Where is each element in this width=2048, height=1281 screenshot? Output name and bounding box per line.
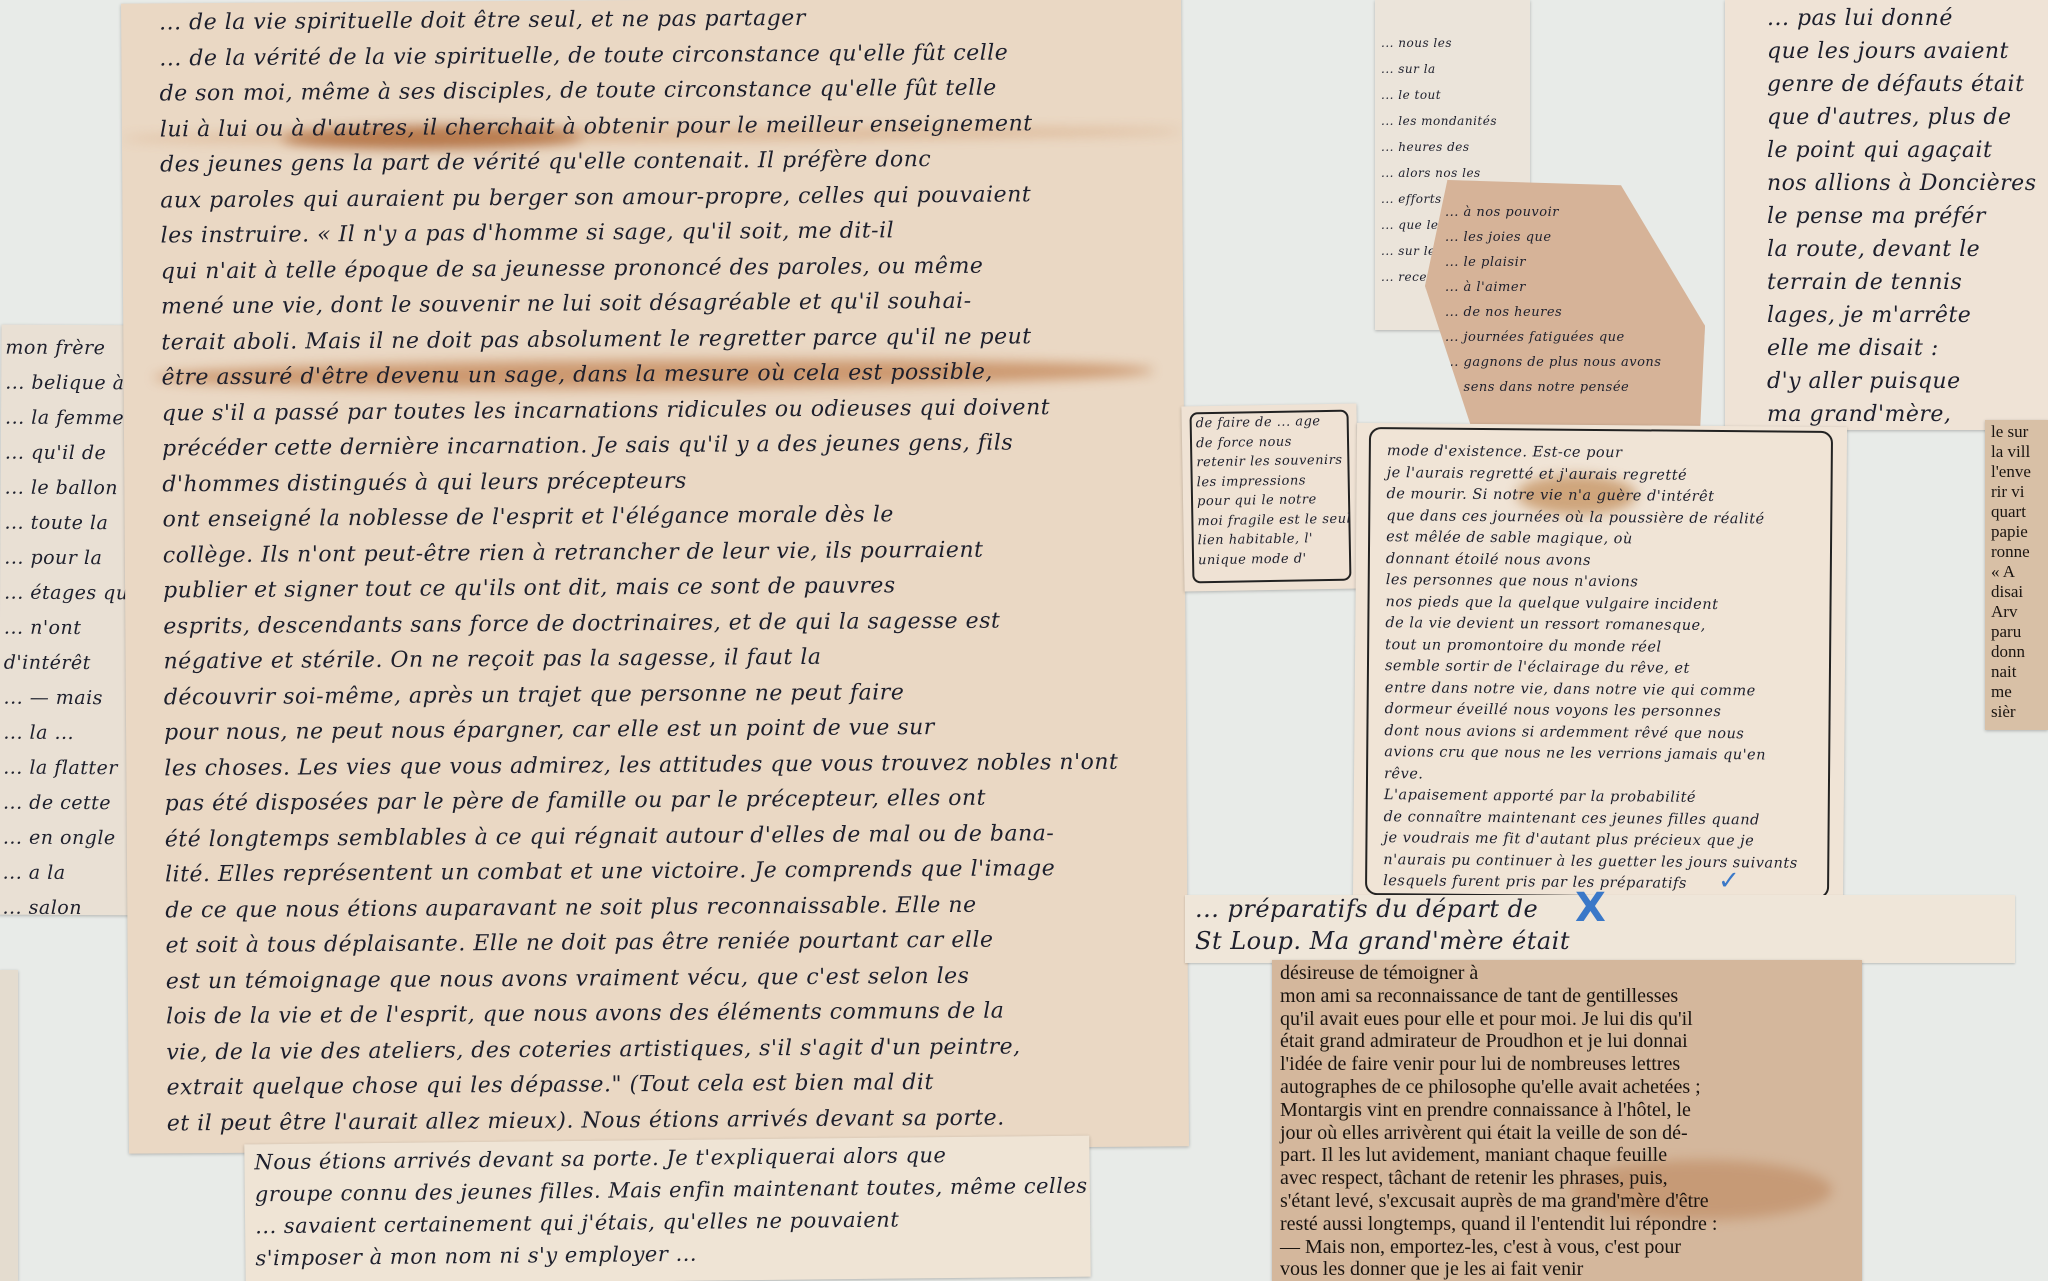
text-line: ... journées fatiguées que xyxy=(1445,325,1661,350)
text-line: nos allions à Doncières xyxy=(1767,167,2036,200)
text-line: mon ami sa reconnaissance de tant de gen… xyxy=(1280,985,1840,1008)
torn-fragment: ... à nos pouvoir... les joies que... le… xyxy=(1425,180,1705,445)
text-line: resté aussi longtemps, quand il l'entend… xyxy=(1280,1213,1840,1236)
text-line: ... les mondanités xyxy=(1381,108,1497,134)
text-line: dormeur éveillé nous voyons les personne… xyxy=(1385,699,1800,724)
text-line: le pense ma préfér xyxy=(1767,200,2036,233)
text-line: me xyxy=(1991,682,2031,702)
bottom-strip-text: Nous étions arrivés devant sa porte. Je … xyxy=(254,1138,1088,1275)
text-line: L'apaisement apporté par la probabilité xyxy=(1384,785,1799,810)
text-line: donn xyxy=(1991,642,2031,662)
text-line: terrain de tennis xyxy=(1767,266,2036,299)
text-line: mode d'existence. Est-ce pour xyxy=(1387,441,1802,466)
text-line: St Loup. Ma grand'mère était xyxy=(1195,925,1570,957)
text-line: avec respect, tâchant de retenir les phr… xyxy=(1280,1167,1840,1190)
text-line: s'étant levé, s'excusait auprès de ma gr… xyxy=(1280,1190,1840,1213)
text-line: paru xyxy=(1991,622,2031,642)
text-line: la route, devant le xyxy=(1767,233,2036,266)
text-line: les choses. Les vies que vous admirez, l… xyxy=(164,744,1174,787)
text-line: jour où elles arrivèrent qui était la ve… xyxy=(1280,1122,1840,1145)
text-line: pour qui le notre xyxy=(1197,490,1351,512)
left-bottom-scrap xyxy=(0,970,18,1281)
printed-clipping-text: désireuse de témoigner àmon ami sa recon… xyxy=(1280,962,1840,1281)
text-line: ... gagnons de plus nous avons xyxy=(1445,350,1661,375)
middle-strip-text: ... préparatifs du départ deSt Loup. Ma … xyxy=(1195,893,1570,957)
text-line: quart xyxy=(1991,502,2031,522)
text-line: ... préparatifs du départ de xyxy=(1195,893,1570,925)
bottom-manuscript-strip: Nous étions arrivés devant sa porte. Je … xyxy=(244,1136,1090,1281)
right-printed-column: le surla villl'enverir viquartpapieronne… xyxy=(1985,420,2048,730)
text-line: ... de nos heures xyxy=(1445,300,1661,325)
text-line: ... les joies que xyxy=(1445,225,1661,250)
text-line: que les jours avaient xyxy=(1767,35,2036,68)
text-line: le point qui agaçait xyxy=(1767,134,2036,167)
torn-fragment-text: ... à nos pouvoir... les joies que... le… xyxy=(1445,200,1661,400)
text-line: lages, je m'arrête xyxy=(1767,299,2036,332)
small-note: de faire de ... agede force nousretenir … xyxy=(1181,403,1359,591)
printed-clipping: désireuse de témoigner àmon ami sa recon… xyxy=(1272,960,1862,1281)
text-line: que d'autres, plus de xyxy=(1767,101,2036,134)
text-line: ... heures des xyxy=(1381,134,1497,160)
text-line: Montargis vint en prendre connaissance à… xyxy=(1280,1099,1840,1122)
text-line: ... le tout xyxy=(1381,82,1497,108)
text-line: ... sens dans notre pensée xyxy=(1445,375,1661,400)
text-line: rir vi xyxy=(1991,482,2031,502)
text-line: nait xyxy=(1991,662,2031,682)
blue-check-mark: ✓ xyxy=(1718,866,1740,896)
text-line: sièr xyxy=(1991,702,2031,722)
text-line: les personnes que nous n'avions xyxy=(1386,570,1801,595)
text-line: terait aboli. Mais il ne doit pas absolu… xyxy=(161,318,1171,361)
text-line: ... sur la xyxy=(1381,56,1497,82)
text-line: qu'il avait eues pour elle et pour moi. … xyxy=(1280,1008,1840,1031)
text-line: était grand admirateur de Proudhon et je… xyxy=(1280,1030,1840,1053)
text-line: est mêlée de sable magique, où xyxy=(1386,527,1801,552)
middle-strip: ... préparatifs du départ deSt Loup. Ma … xyxy=(1185,895,2015,963)
text-line: de faire de ... age xyxy=(1196,412,1350,434)
text-line: — Mais non, emportez-les, c'est à vous, … xyxy=(1280,1236,1840,1259)
text-line: ... à l'aimer xyxy=(1445,275,1661,300)
small-note-text: de faire de ... agede force nousretenir … xyxy=(1196,412,1352,571)
text-line: elle me disait : xyxy=(1767,332,2036,365)
large-note: mode d'existence. Est-ce pourje l'aurais… xyxy=(1353,423,1847,907)
text-line: autographes de ce philosophe qu'elle ava… xyxy=(1280,1076,1840,1099)
top-right-sheet-text: ... pas lui donnéque les jours avaientge… xyxy=(1767,2,2036,430)
text-line: aux paroles qui auraient pu berger son a… xyxy=(160,176,1170,219)
text-line: lien habitable, l' xyxy=(1198,529,1352,551)
large-note-text: mode d'existence. Est-ce pourje l'aurais… xyxy=(1383,441,1801,896)
text-line: la vill xyxy=(1991,442,2031,462)
text-line: le sur xyxy=(1991,422,2031,442)
text-line: unique mode d' xyxy=(1198,548,1352,570)
text-line: lité. Elles représentent un combat et un… xyxy=(165,850,1175,893)
text-line: ... à nos pouvoir xyxy=(1445,200,1661,225)
text-line: ... pas lui donné xyxy=(1767,2,2036,35)
text-line: semble sortir de l'éclairage du rêve, et xyxy=(1385,656,1800,681)
text-line: Arv xyxy=(1991,602,2031,622)
top-right-manuscript-sheet: ... pas lui donnéque les jours avaientge… xyxy=(1725,0,2048,430)
text-line: ... le plaisir xyxy=(1445,250,1661,275)
text-line: moi fragile est le seul xyxy=(1197,509,1351,531)
text-line: de mourir. Si notre vie n'a guère d'inté… xyxy=(1386,484,1801,509)
text-line: les impressions xyxy=(1197,470,1351,492)
main-manuscript-sheet: ... de la vie spirituelle doit être seul… xyxy=(121,0,1189,1154)
text-line: genre de défauts était xyxy=(1767,68,2036,101)
main-sheet-text: ... de la vie spirituelle doit être seul… xyxy=(159,0,1177,1141)
text-line: d'y aller puisque xyxy=(1767,365,2036,398)
text-line: que s'il a passé par toutes les incarnat… xyxy=(162,389,1172,432)
text-line: l'enve xyxy=(1991,462,2031,482)
text-line: désireuse de témoigner à xyxy=(1280,962,1840,985)
text-line: disai xyxy=(1991,582,2031,602)
text-line: ronne xyxy=(1991,542,2031,562)
text-line: lui à lui ou à d'autres, il cherchait à … xyxy=(160,105,1170,148)
text-line: de la vie devient un ressort romanesque, xyxy=(1385,613,1800,638)
text-line: avions cru que nous ne les verrions jama… xyxy=(1384,742,1799,767)
text-line: je voudrais me fit d'autant plus précieu… xyxy=(1383,828,1798,853)
text-line: l'idée de faire venir pour lui de nombre… xyxy=(1280,1053,1840,1076)
text-line: de force nous xyxy=(1196,431,1350,453)
text-line: « A xyxy=(1991,562,2031,582)
text-line: vous les donner que je les ai fait venir xyxy=(1280,1258,1840,1281)
text-line: papie xyxy=(1991,522,2031,542)
text-line: ... nous les xyxy=(1381,30,1497,56)
text-line: retenir les souvenirs xyxy=(1196,451,1350,473)
text-line: part. Il les lut avidement, maniant chaq… xyxy=(1280,1144,1840,1167)
text-line: et il peut être l'aurait allez mieux). N… xyxy=(167,1099,1177,1142)
right-printed-text: le surla villl'enverir viquartpapieronne… xyxy=(1991,422,2031,722)
blue-x-mark: X xyxy=(1575,885,1606,931)
